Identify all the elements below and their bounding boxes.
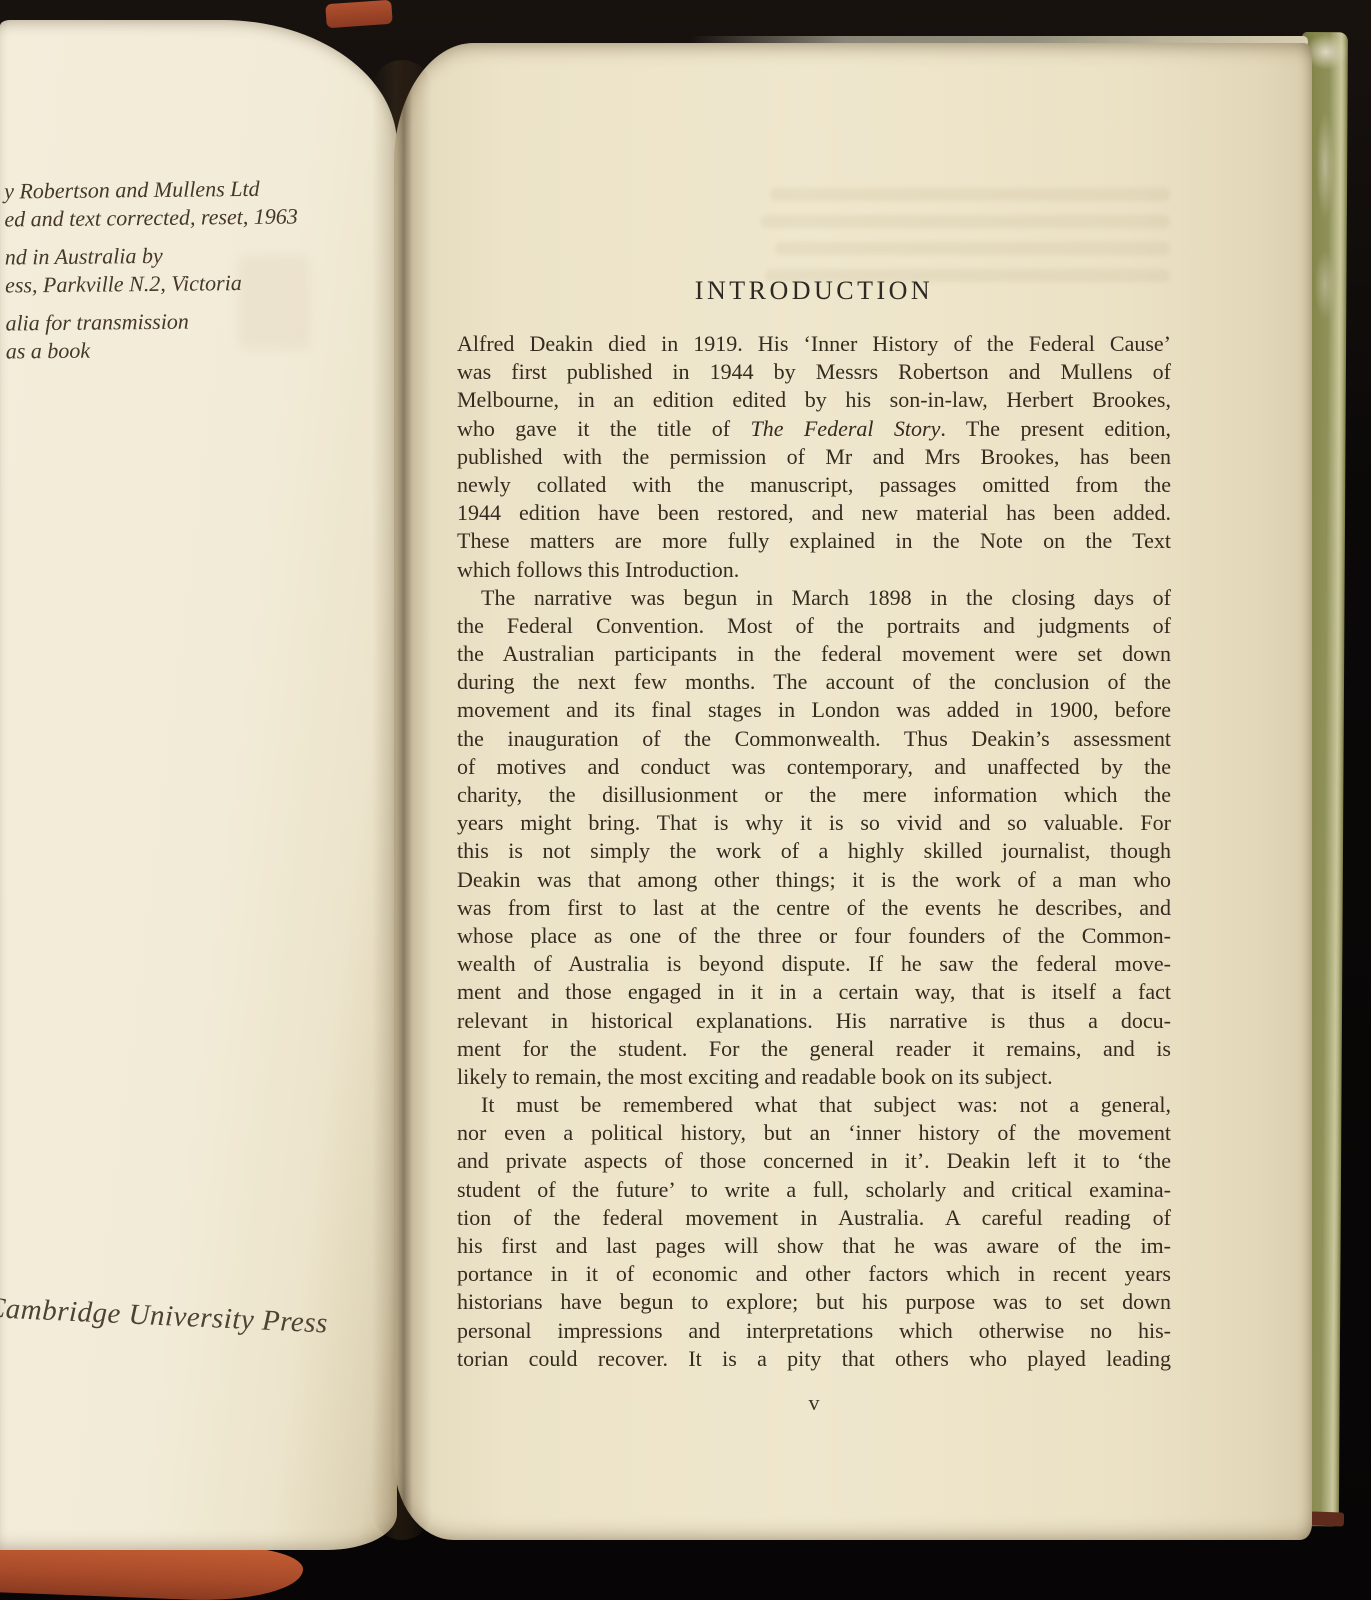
body-line: of motives and conduct was contemporary,… xyxy=(457,753,1171,781)
body-line: 1944 edition have been restored, and new… xyxy=(457,499,1171,527)
body-line: It must be remembered what that subject … xyxy=(457,1091,1171,1119)
body-line: who gave it the title of The Federal Sto… xyxy=(457,415,1171,443)
body-line: newly collated with the manuscript, pass… xyxy=(457,471,1171,499)
cover-wear-spot xyxy=(1316,110,1334,220)
copyright-fragment: nd in Australia byess, Parkville N.2, Vi… xyxy=(5,240,299,299)
page-number: v xyxy=(457,1390,1171,1416)
body-line: nor even a political history, but an ‘in… xyxy=(457,1119,1171,1147)
cover-edge-bottom-tip xyxy=(1310,1511,1344,1526)
body-line: ment for the student. For the general re… xyxy=(457,1035,1171,1063)
body-paragraph: Alfred Deakin died in 1919. His ‘Inner H… xyxy=(457,330,1171,584)
body-line: The narrative was begun in March 1898 in… xyxy=(457,584,1171,612)
body-line: Melbourne, in an edition edited by his s… xyxy=(457,386,1171,414)
body-line: which follows this Introduction. xyxy=(457,556,1171,584)
body-line: personal impressions and interpretations… xyxy=(457,1317,1171,1345)
body-paragraph: It must be remembered what that subject … xyxy=(457,1091,1171,1373)
chapter-heading: INTRODUCTION xyxy=(457,276,1171,306)
body-line: his first and last pages will show that … xyxy=(457,1232,1171,1260)
body-line: was first published in 1944 by Messrs Ro… xyxy=(457,358,1171,386)
body-line: during the next few months. The account … xyxy=(457,668,1171,696)
body-line: was from first to last at the centre of … xyxy=(457,894,1171,922)
spine-cloth-top xyxy=(325,0,393,28)
copyright-fragment: alia for transmissionas a book xyxy=(5,306,299,365)
body-line: years might bring. That is why it is so … xyxy=(457,809,1171,837)
body-line: published with the permission of Mr and … xyxy=(457,443,1171,471)
body-line: portance in it of economic and other fac… xyxy=(457,1260,1171,1288)
body-line: These matters are more fully explained i… xyxy=(457,527,1171,555)
copyright-line: ess, Parkville N.2, Victoria xyxy=(5,268,299,299)
open-book-photo: y Robertson and Mullens Ltded and text c… xyxy=(0,0,1371,1600)
body-line: whose place as one of the three or four … xyxy=(457,922,1171,950)
body-line: this is not simply the work of a highly … xyxy=(457,837,1171,865)
body-line: historians have begun to explore; but hi… xyxy=(457,1288,1171,1316)
body-line: relevant in historical explanations. His… xyxy=(457,1007,1171,1035)
body-text: Alfred Deakin died in 1919. His ‘Inner H… xyxy=(457,330,1171,1373)
copyright-line: nd in Australia by xyxy=(5,240,299,271)
copyright-line: ed and text corrected, reset, 1963 xyxy=(4,202,298,233)
copyright-line: as a book xyxy=(6,334,300,365)
body-line: tion of the federal movement in Australi… xyxy=(457,1204,1171,1232)
body-line: the Federal Convention. Most of the port… xyxy=(457,612,1171,640)
body-line: ment and those engaged in it in a certai… xyxy=(457,978,1171,1006)
body-line: movement and its final stages in London … xyxy=(457,696,1171,724)
body-paragraph: The narrative was begun in March 1898 in… xyxy=(457,584,1171,1091)
copyright-block: y Robertson and Mullens Ltded and text c… xyxy=(4,174,300,375)
copyright-line: alia for transmission xyxy=(5,306,299,337)
body-line: torian could recover. It is a pity that … xyxy=(457,1345,1171,1373)
body-line: the Australian participants in the feder… xyxy=(457,640,1171,668)
body-line: the inauguration of the Commonwealth. Th… xyxy=(457,725,1171,753)
body-line: and private aspects of those concerned i… xyxy=(457,1147,1171,1175)
body-line: likely to remain, the most exciting and … xyxy=(457,1063,1171,1091)
body-line: Deakin was that among other things; it i… xyxy=(457,866,1171,894)
copyright-line: y Robertson and Mullens Ltd xyxy=(4,174,298,205)
body-line: Alfred Deakin died in 1919. His ‘Inner H… xyxy=(457,330,1171,358)
copyright-fragment: y Robertson and Mullens Ltded and text c… xyxy=(4,174,298,233)
body-line: charity, the disillusionment or the mere… xyxy=(457,781,1171,809)
body-line: wealth of Australia is beyond dispute. I… xyxy=(457,950,1171,978)
cover-wear-spot xyxy=(1314,250,1336,320)
body-line: student of the future’ to write a full, … xyxy=(457,1176,1171,1204)
